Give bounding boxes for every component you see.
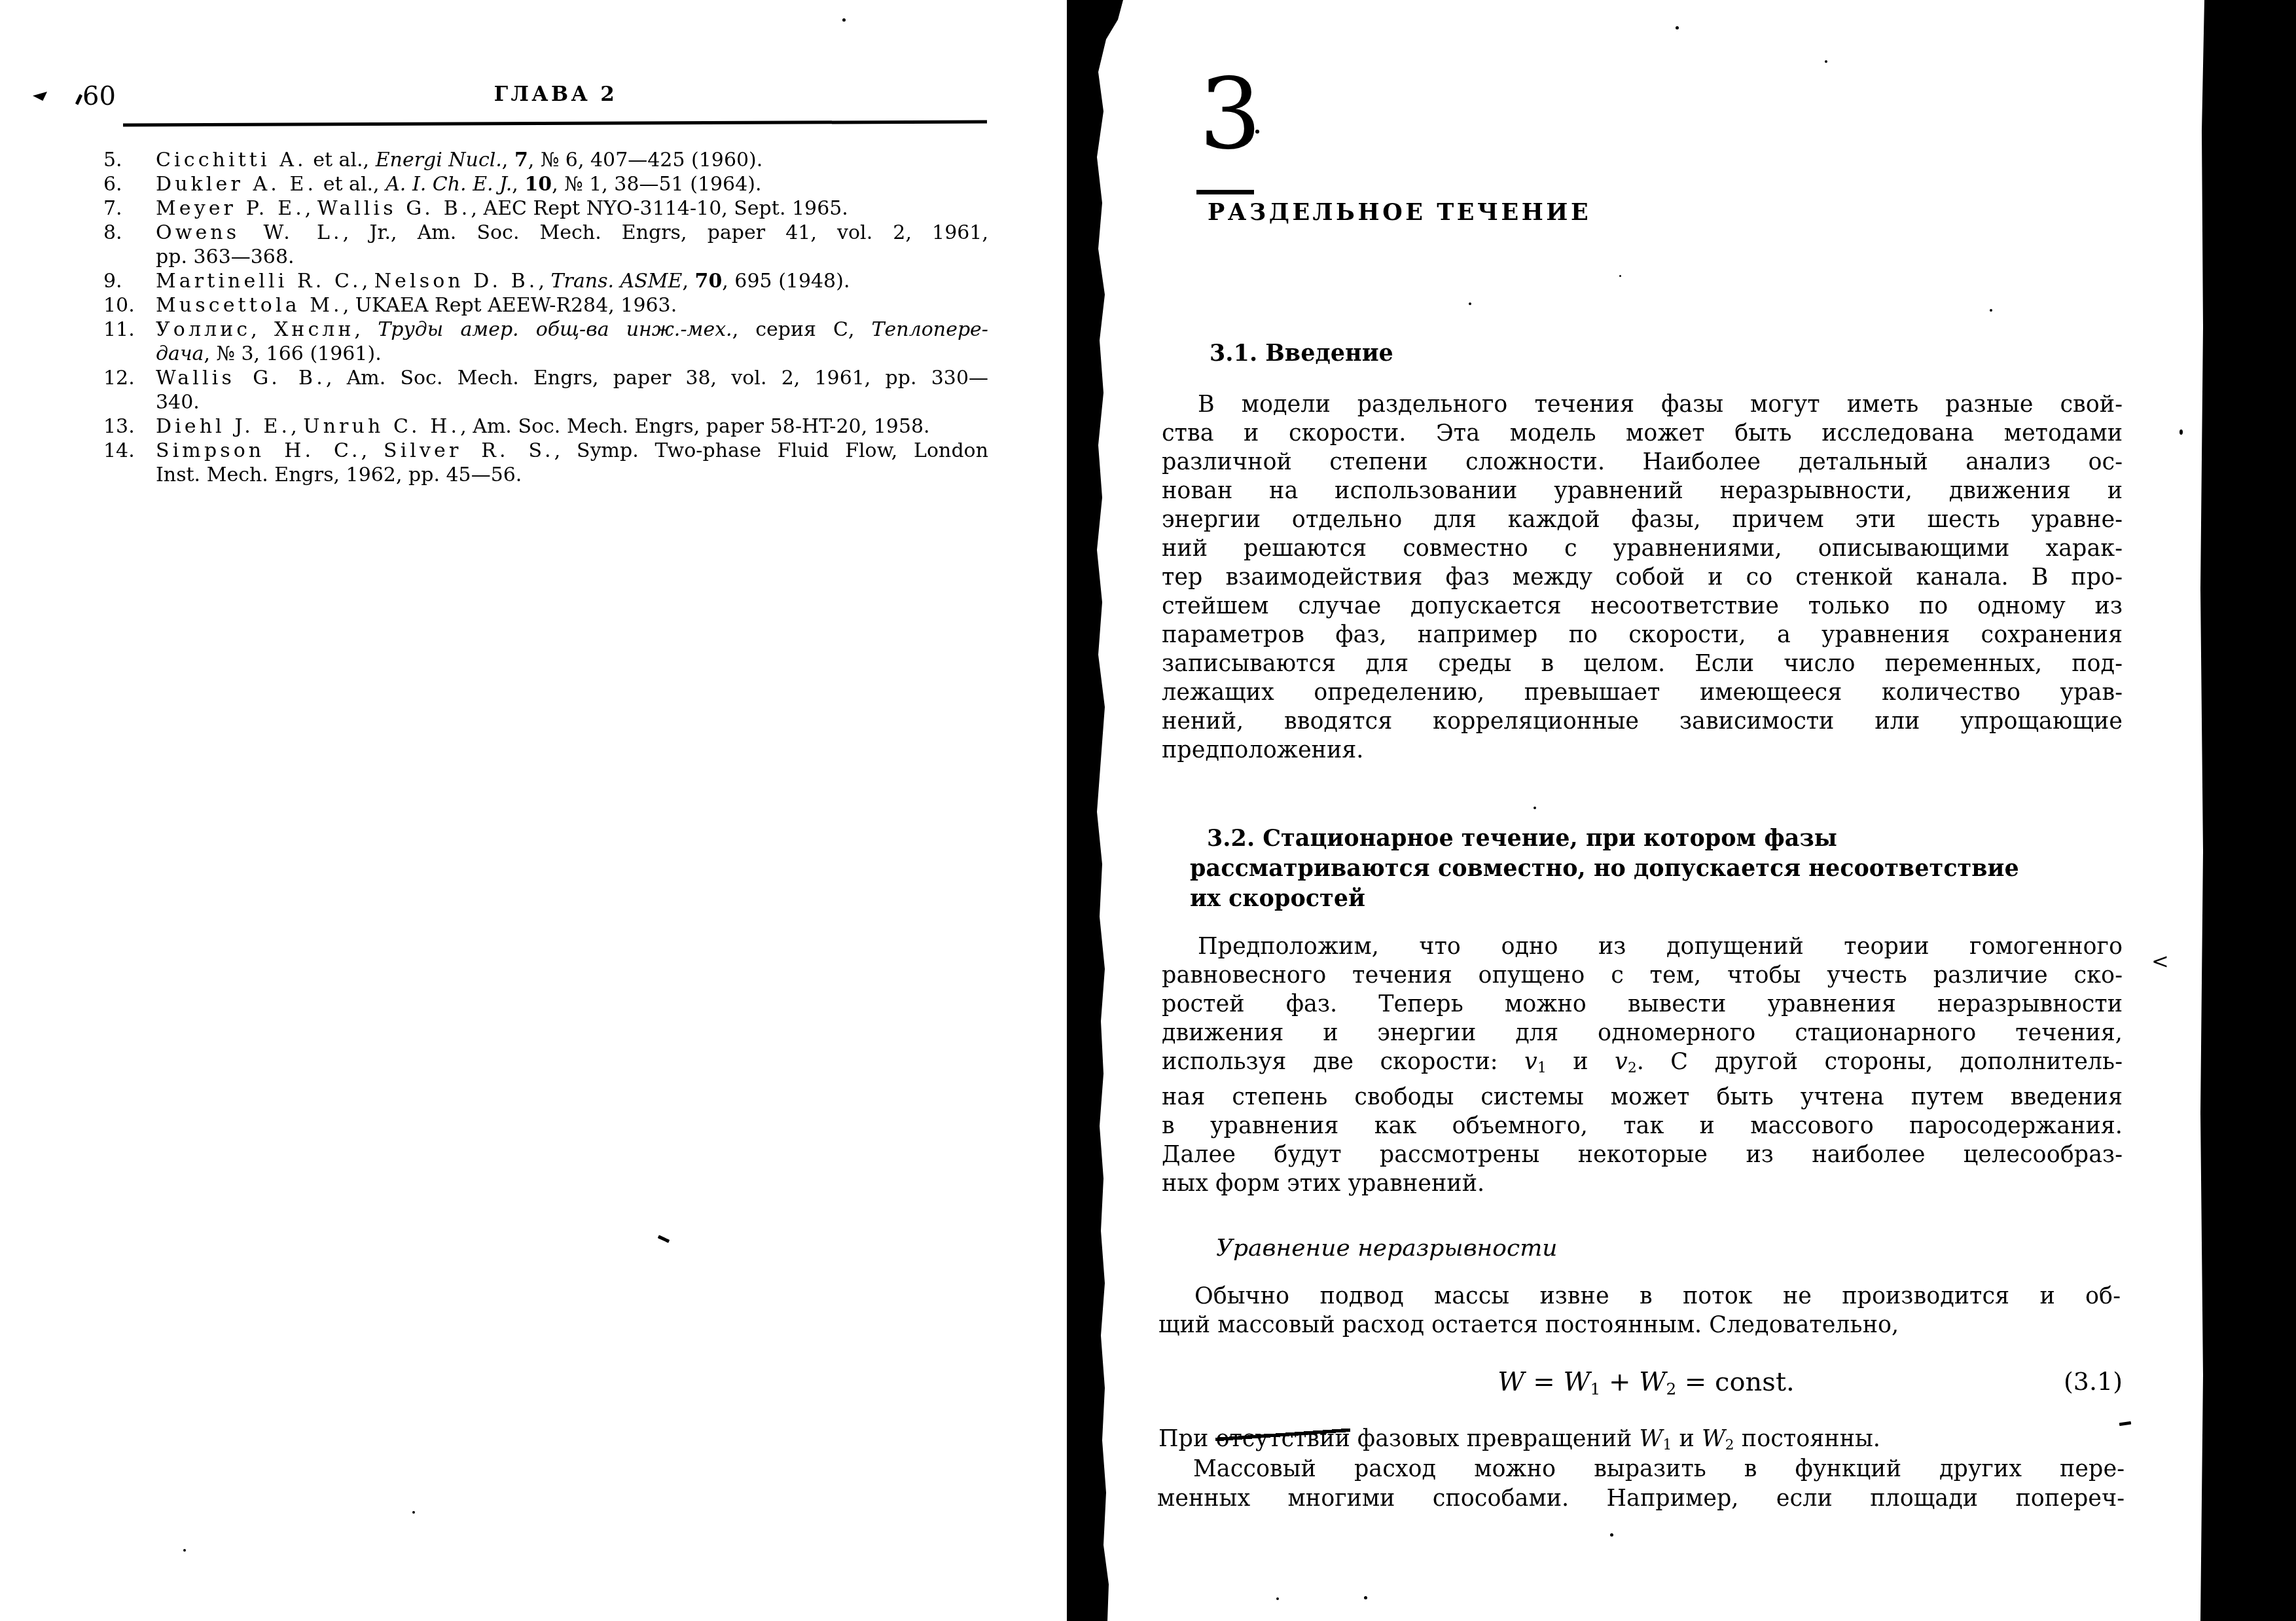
text-segment: Wallis G. B.: [317, 197, 471, 220]
reference-line: 12.Wallis G. B., Am. Soc. Mech. Engrs, p…: [103, 366, 988, 390]
text-segment: et al.,: [307, 149, 376, 172]
text-line: Обычно подвод массы извне в поток не про…: [1158, 1282, 2121, 1311]
binding-shadow-strip: [1055, 0, 1134, 1621]
text-segment: Cicchitti A.: [156, 149, 307, 172]
text-segment: Energi Nucl.: [376, 149, 502, 172]
text-segment: 1: [1590, 1379, 1601, 1398]
text-segment: Owens W. L.: [156, 221, 343, 244]
scan-speck: [1364, 1596, 1367, 1599]
text-segment: , AEC Rept NYO-3114-10, Sept. 1965.: [471, 197, 848, 220]
text-segment: 7: [514, 149, 528, 172]
text-segment: =: [1524, 1367, 1563, 1397]
text-line: менных многими способами. Например, если…: [1157, 1484, 2125, 1514]
scan-speck: <: [2151, 951, 2164, 973]
text-segment: v: [1615, 1049, 1628, 1075]
text-segment: отсутствии: [1215, 1426, 1350, 1452]
text-segment: и: [1672, 1426, 1702, 1452]
scan-speck: [1534, 807, 1536, 809]
text-segment: W: [1498, 1367, 1524, 1397]
scan-speck: [1610, 1533, 1613, 1537]
text-segment: При: [1158, 1426, 1215, 1452]
scan-speck: [1676, 26, 1679, 29]
reference-number: 6.: [103, 172, 149, 196]
text-line: в уравнения как объемного, так и массово…: [1162, 1112, 2123, 1140]
reference-line: 7.Meyer P. E., Wallis G. B., AEC Rept NY…: [103, 196, 988, 221]
text-line: равновесного течения опущено с тем, чтоб…: [1162, 961, 2123, 990]
reference-number: 8.: [103, 221, 149, 245]
text-segment: 1: [1537, 1060, 1547, 1076]
text-segment: , № 1, 38—51 (1964).: [552, 173, 761, 196]
text-segment: Unruh C. H.: [303, 415, 460, 438]
scan-speck: [1255, 130, 1259, 134]
text-segment: Труды амер. общ-ва инж.-мех.: [378, 318, 732, 341]
scan-speck: [1825, 60, 1827, 63]
text-segment: ,: [539, 270, 551, 293]
reference-line: дача, № 3, 166 (1961).: [103, 342, 988, 366]
header-rule: [123, 120, 987, 126]
running-header: ГЛАВА 2: [124, 82, 987, 106]
text-line: В модели раздельного течения фазы могут …: [1162, 390, 2123, 419]
reference-number: 12.: [103, 366, 149, 390]
scan-edge-black-strip: [2194, 0, 2296, 1621]
text-segment: Diehl J. E.: [156, 415, 291, 438]
text-line: щий массовый расход остается постоянным.…: [1158, 1311, 2121, 1339]
text-segment: , 695 (1948).: [722, 270, 850, 293]
text-segment: W: [1563, 1367, 1590, 1397]
reference-number: 5.: [103, 148, 149, 172]
continuity-equation-subheading: Уравнение неразрывности: [1216, 1235, 1558, 1262]
section-3-1-heading: 3.1. Введение: [1210, 340, 1393, 367]
text-segment: , № 6, 407—425 (1960).: [528, 149, 763, 172]
reference-line: 10.Muscettola M., UKAEA Rept AEEW-R284, …: [103, 293, 988, 318]
reference-line: 340.: [103, 390, 988, 414]
chapter-number: 3: [1199, 65, 1261, 164]
scan-speck: [75, 94, 82, 105]
reference-line: 9.Martinelli R. C., Nelson D. B., Trans.…: [103, 269, 988, 293]
chapter-number-rule: [1196, 190, 1254, 194]
text-line: ства и скорости. Эта модель может быть и…: [1162, 419, 2123, 448]
text-segment: Dukler A. E.: [156, 173, 317, 196]
text-line: 3.2. Стационарное течение, при котором ф…: [1190, 824, 2126, 854]
text-line: ний решаются совместно с уравнениями, оп…: [1162, 534, 2123, 563]
text-segment: A. I. Ch. E. J.: [386, 173, 512, 196]
section-3-2-paragraph: Предположим, что одно из допущений теори…: [1162, 932, 2123, 1198]
reference-number: 13.: [103, 414, 149, 439]
text-line: различной степени сложности. Наиболее де…: [1162, 448, 2123, 477]
text-segment: 10: [524, 173, 552, 196]
text-segment: , № 3, 166 (1961).: [204, 342, 381, 365]
text-segment: Теплопере-: [872, 318, 988, 341]
text-segment: Уоллис: [156, 318, 251, 341]
text-segment: Simpson H. C.: [156, 439, 361, 462]
scan-speck: [1619, 275, 1621, 277]
text-line: стейшем случае допускается несоответстви…: [1162, 592, 2123, 621]
text-segment: +: [1600, 1367, 1639, 1397]
text-segment: фазовых превращений: [1350, 1426, 1640, 1452]
text-segment: W: [1639, 1426, 1662, 1452]
section-3-2-heading: 3.2. Стационарное течение, при котором ф…: [1190, 824, 2126, 914]
text-segment: v: [1524, 1049, 1537, 1075]
text-line: нован на использовании уравнений неразры…: [1162, 477, 2123, 505]
reference-line: pp. 363—368.: [103, 245, 988, 269]
reference-line: 8.Owens W. L., Jr., Am. Soc. Mech. Engrs…: [103, 221, 988, 245]
text-segment: , Am. Soc. Mech. Engrs, paper 38, vol. 2…: [326, 367, 988, 390]
scan-speck: [658, 1235, 670, 1243]
text-segment: 70: [695, 270, 723, 293]
text-segment: 2: [1725, 1437, 1734, 1453]
section-3-1-paragraph: В модели раздельного течения фазы могут …: [1162, 390, 2123, 765]
text-segment: Muscettola M.: [156, 294, 343, 317]
text-segment: используя две скорости:: [1162, 1049, 1524, 1075]
scan-speck: [183, 1549, 186, 1552]
reference-line: 5.Cicchitti A. et al., Energi Nucl., 7, …: [103, 148, 988, 172]
text-segment: ,: [361, 439, 384, 462]
reference-number: 14.: [103, 439, 149, 463]
text-segment: W: [1702, 1426, 1725, 1452]
text-segment: W: [1639, 1367, 1666, 1397]
text-segment: ,: [291, 415, 303, 438]
text-line: ростей фаз. Теперь можно вывести уравнен…: [1162, 990, 2123, 1019]
scan-speck: [33, 92, 47, 101]
text-line: Массовый расход можно выразить в функций…: [1157, 1455, 2125, 1484]
text-line: записываются для среды в целом. Если чис…: [1162, 649, 2123, 678]
text-segment: Хнслн: [274, 318, 355, 341]
text-segment: ,: [362, 270, 374, 293]
text-line: параметров фаз, например по скорости, а …: [1162, 621, 2123, 649]
text-segment: ,: [305, 197, 317, 220]
reference-line: 14.Simpson H. C., Silver R. S., Symp. Tw…: [103, 439, 988, 463]
reference-line: 11.Уоллис, Хнслн, Труды амер. общ-ва инж…: [103, 318, 988, 342]
equation-body: W = W1 + W2 = const.: [1498, 1367, 1794, 1397]
text-segment: , Am. Soc. Mech. Engrs, paper 58-HT-20, …: [460, 415, 929, 438]
reference-line: Inst. Mech. Engrs, 1962, pp. 45—56.: [103, 463, 988, 487]
text-segment: Nelson D. B.: [374, 270, 539, 293]
text-segment: 1: [1662, 1437, 1672, 1453]
text-line: движения и энергии для одномерного стаци…: [1162, 1019, 2123, 1047]
text-segment: ,: [355, 318, 378, 341]
text-segment: постоянны.: [1734, 1426, 1880, 1452]
text-line: ная степень свободы системы может быть у…: [1162, 1083, 2123, 1112]
reference-line: 6.Dukler A. E. et al., A. I. Ch. E. J., …: [103, 172, 988, 196]
text-line: тер взаимодействия фаз между собой и со …: [1162, 563, 2123, 592]
reference-number: 9.: [103, 269, 149, 293]
book-scan-spread: 60 ГЛАВА 2 5.Cicchitti A. et al., Energi…: [0, 0, 2296, 1621]
text-segment: , серия С,: [732, 318, 872, 341]
text-line: ных форм этих уравнений.: [1162, 1169, 2123, 1198]
page-number: 60: [82, 81, 116, 111]
text-line: энергии отдельно для каждой фазы, причем…: [1162, 505, 2123, 534]
text-segment: ,: [512, 173, 524, 196]
text-segment: Silver R. S.: [384, 439, 554, 462]
text-segment: , Jr., Am. Soc. Mech. Engrs, paper 41, v…: [343, 221, 988, 244]
text-line: рассматриваются совместно, но допускаетс…: [1190, 854, 2126, 884]
text-line: их скоростей: [1190, 884, 2126, 914]
reference-number: 7.: [103, 196, 149, 221]
reference-number: 11.: [103, 318, 149, 342]
scan-speck: [1990, 309, 1992, 312]
text-segment: 2: [1628, 1060, 1637, 1076]
reference-number: 10.: [103, 293, 149, 318]
text-segment: и: [1547, 1049, 1615, 1075]
text-line: нений, вводятся корреляционные зависимос…: [1162, 707, 2123, 736]
text-segment: . С другой стороны, дополнитель-: [1637, 1049, 2123, 1075]
scan-speck: [2179, 429, 2183, 435]
text-line: используя две скорости: v1 и v2. С друго…: [1162, 1047, 2123, 1083]
scan-speck: [412, 1511, 415, 1514]
chapter-title: РАЗДЕЛЬНОЕ ТЕЧЕНИЕ: [1208, 199, 1591, 226]
scan-speck: [1469, 302, 1471, 305]
text-segment: ,: [682, 270, 694, 293]
scan-speck: [842, 18, 846, 22]
text-segment: et al.,: [317, 173, 386, 196]
references-list: 5.Cicchitti A. et al., Energi Nucl., 7, …: [103, 148, 988, 487]
reference-line: 13.Diehl J. E., Unruh C. H., Am. Soc. Me…: [103, 414, 988, 439]
text-segment: Meyer P. E.: [156, 197, 305, 220]
text-segment: Trans. ASME: [551, 270, 683, 293]
text-segment: ,: [502, 149, 514, 172]
text-line: предположения.: [1162, 736, 2123, 765]
text-line: Предположим, что одно из допущений теори…: [1162, 932, 2123, 961]
text-line: Далее будут рассмотрены некоторые из наи…: [1162, 1140, 2123, 1169]
equation-label: (3.1): [2064, 1367, 2123, 1396]
text-segment: 2: [1666, 1379, 1676, 1398]
text-segment: дача: [156, 342, 204, 365]
text-segment: Wallis G. B.: [156, 367, 326, 390]
text-segment: , Symp. Two-phase Fluid Flow, London: [554, 439, 988, 462]
text-line: лежащих определению, превышает имеющееся…: [1162, 678, 2123, 707]
text-segment: , UKAEA Rept AEEW-R284, 1963.: [343, 294, 677, 317]
text-segment: ,: [251, 318, 274, 341]
mass-flow-paragraph: Массовый расход можно выразить в функций…: [1157, 1455, 2125, 1514]
text-segment: = const.: [1676, 1367, 1795, 1397]
text-segment: Martinelli R. C.: [156, 270, 362, 293]
scan-speck: [1276, 1597, 1279, 1600]
continuity-paragraph: Обычно подвод массы извне в поток не про…: [1158, 1282, 2121, 1339]
equation-3-1: W = W1 + W2 = const. (3.1): [1162, 1367, 2130, 1398]
